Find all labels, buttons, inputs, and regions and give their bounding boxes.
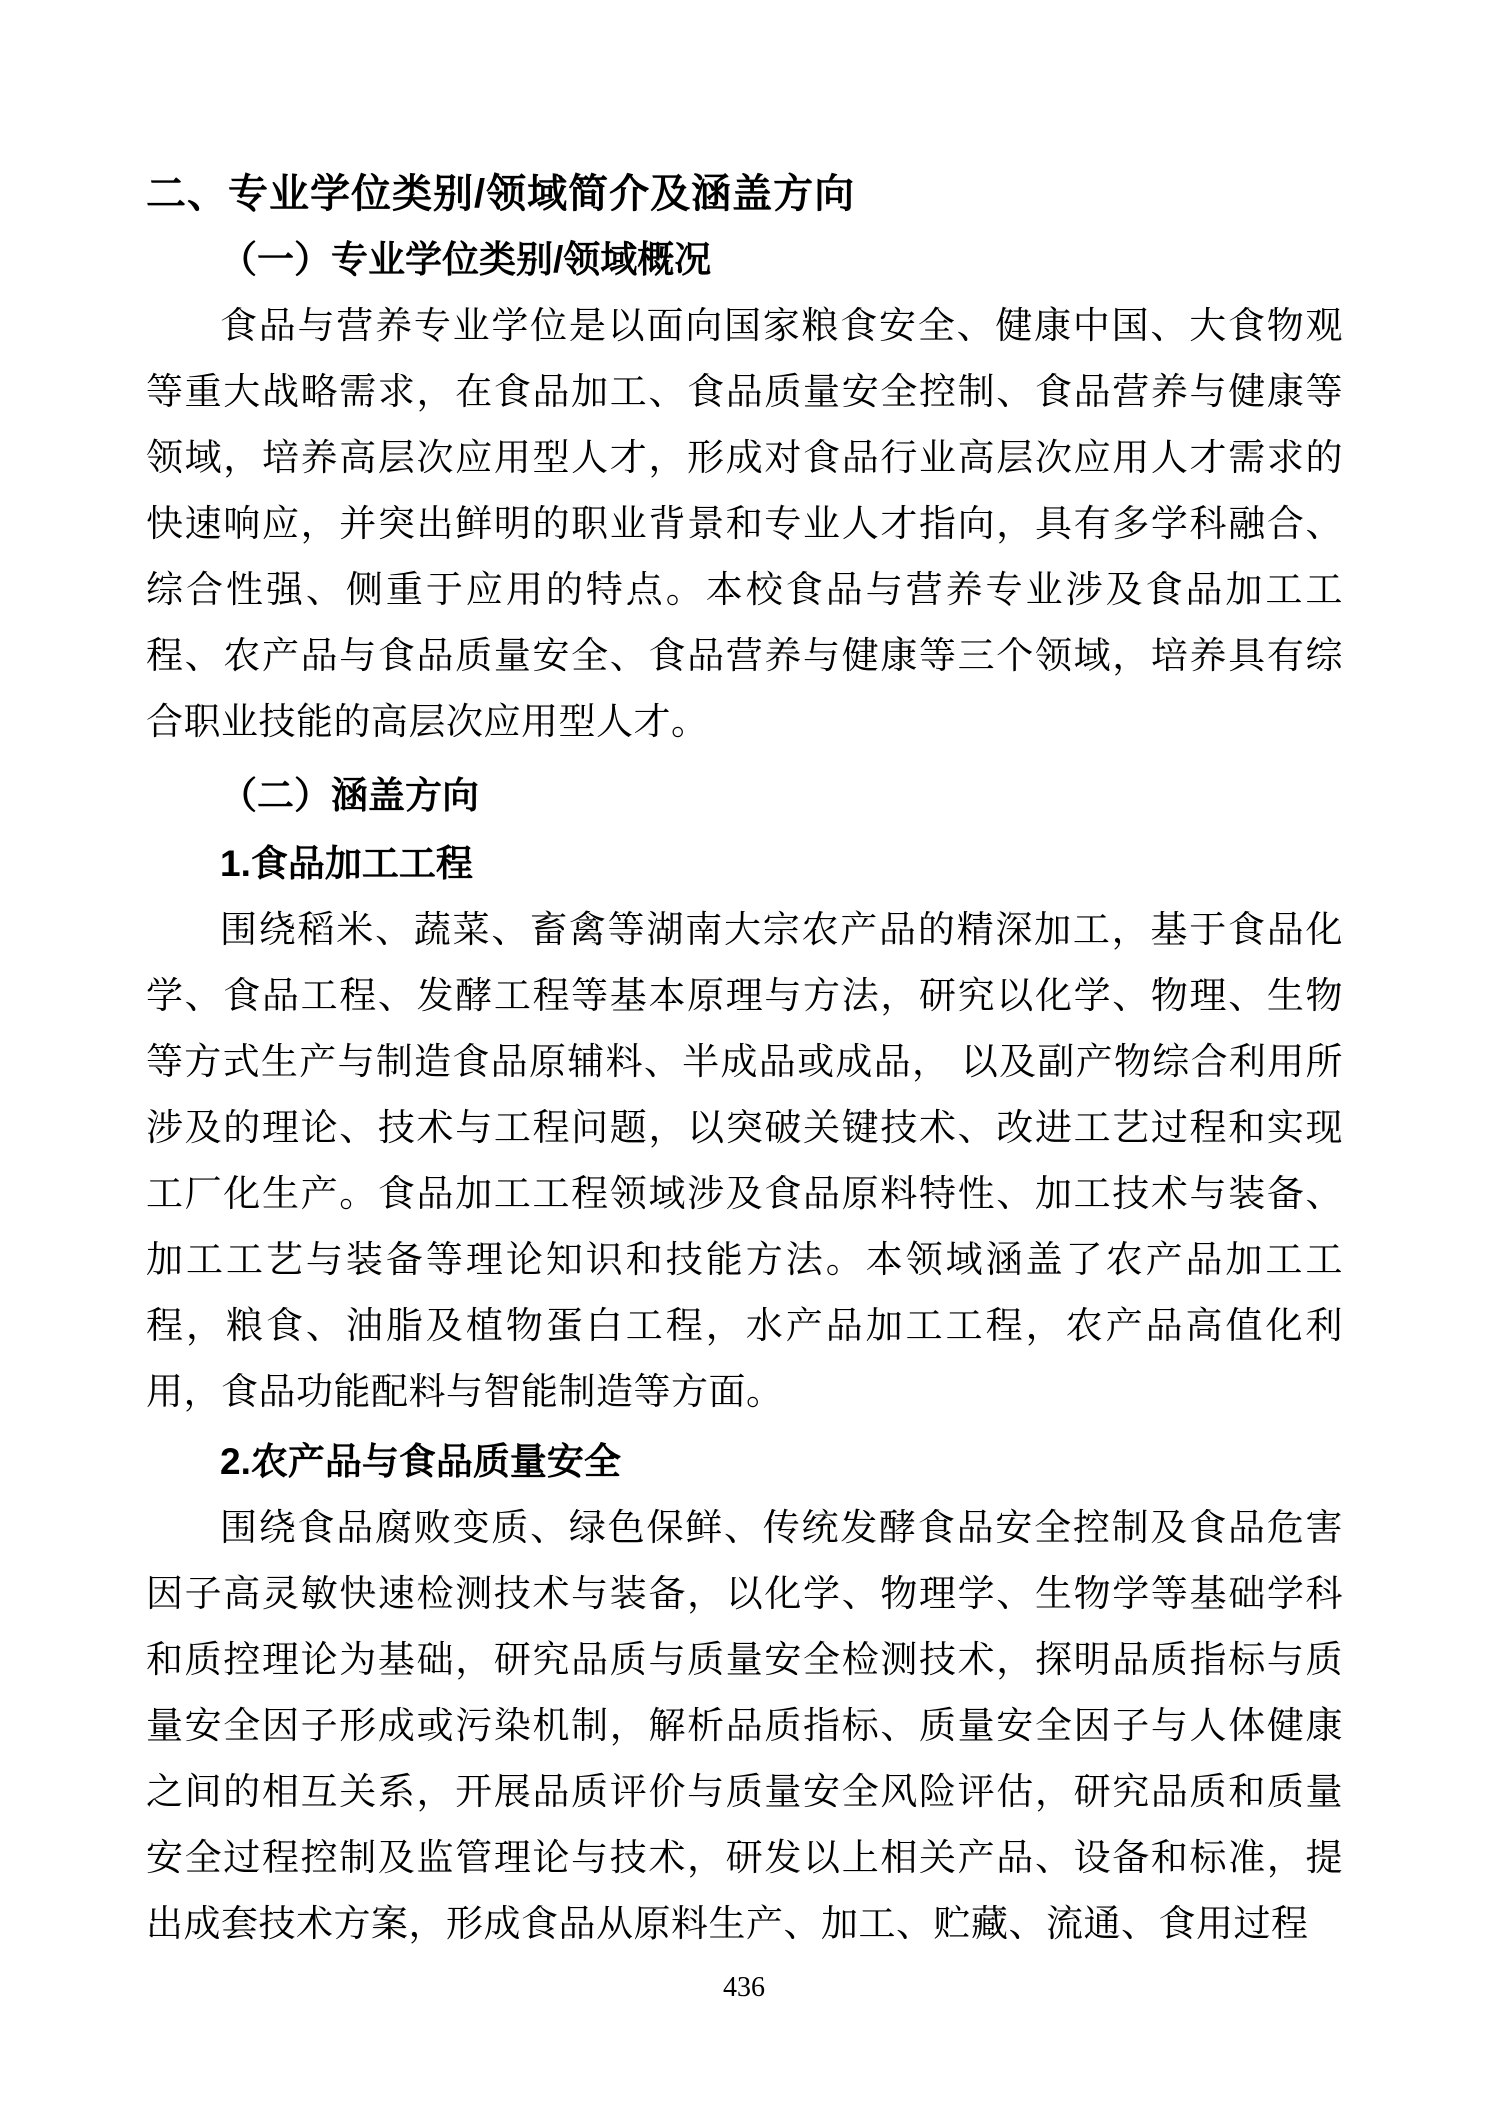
document-page: 二、专业学位类别/领域简介及涵盖方向 （一）专业学位类别/领域概况 食品与营养专… (0, 0, 1488, 2104)
overview-paragraph: 食品与营养专业学位是以面向国家粮食安全、健康中国、大食物观等重大战略需求，在食品… (146, 294, 1343, 756)
direction2-heading: 2.农产品与食品质量安全 (146, 1436, 1343, 1488)
direction1-heading: 1.食品加工工程 (146, 838, 1343, 890)
section-heading-overview: （一）专业学位类别/领域概况 (146, 234, 1343, 286)
page-title: 二、专业学位类别/领域简介及涵盖方向 (146, 168, 1343, 220)
direction2-paragraph: 围绕食品腐败变质、绿色保鲜、传统发酵食品安全控制及食品危害因子高灵敏快速检测技术… (146, 1496, 1343, 1958)
page-number: 436 (0, 1972, 1488, 2004)
section-heading-directions: （二）涵盖方向 (146, 770, 1343, 822)
direction1-paragraph: 围绕稻米、蔬菜、畜禽等湖南大宗农产品的精深加工，基于食品化学、食品工程、发酵工程… (146, 898, 1343, 1426)
